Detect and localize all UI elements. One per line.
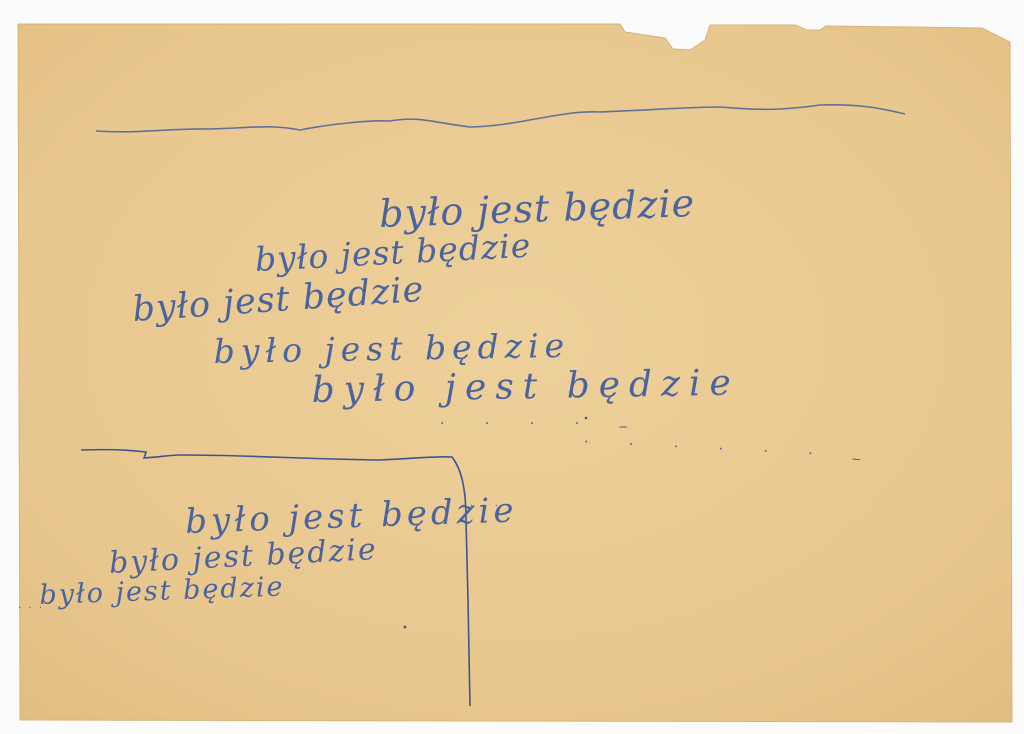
handwriting-line-4: było jest będzie <box>213 326 570 371</box>
boxed-leading-dots: . . . <box>18 600 44 611</box>
boxed-trailing-dots: . . . <box>470 498 501 509</box>
handwriting-line-5: było jest będzie <box>311 363 740 411</box>
upper-trailing-dots: . . . . _ <box>440 412 645 428</box>
handwritten-note-page: było jest będzie było jest będzie było j… <box>0 0 1024 734</box>
